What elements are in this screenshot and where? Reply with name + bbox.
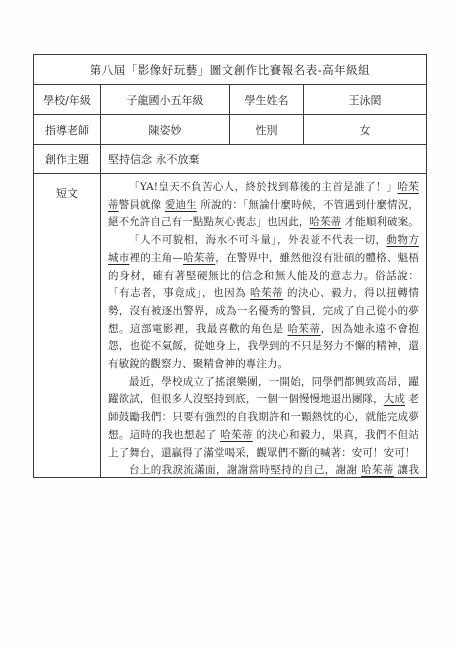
essay-paragraph: 台上的我淚流滿面，謝謝當時堅持的自己，謝謝 哈茱蒂 讓我瞭解了什麼…… xyxy=(108,462,419,477)
essay-text-segment: 最近，學校成立了搖滾樂團，一開始，同學們都興致高昂，躍躍欲試，但很多人沒堅持到底… xyxy=(108,376,419,406)
essay-paragraph: 最近，學校成立了搖滾樂團，一開始，同學們都興致高昂，躍躍欲試，但很多人沒堅持到底… xyxy=(108,374,419,463)
gender-value: 女 xyxy=(303,115,426,144)
title-row: 第八屆「影像好玩藝」圖文創作比賽報名表-高年級組 xyxy=(34,55,426,84)
registration-form-table: 第八屆「影像好玩藝」圖文創作比賽報名表-高年級組 學校/年級 子龍國小五年級 學… xyxy=(33,54,427,478)
underlined-proper-noun: 哈茱蒂 xyxy=(361,464,394,476)
school-grade-label: 學校/年級 xyxy=(34,85,100,114)
school-grade-value: 子龍國小五年級 xyxy=(100,85,229,114)
essay-text-segment: 裡的主角— xyxy=(129,252,183,264)
underlined-proper-noun: 哈茱蒂 xyxy=(220,429,253,441)
essay-label: 短文 xyxy=(34,174,100,477)
creation-theme-row: 創作主題 堅持信念 永不放棄 xyxy=(34,144,426,173)
essay-paragraph: 「人不可貌相，海水不可斗量」，外表並不代表一切，動物方城市裡的主角—哈茱蒂，在警… xyxy=(108,232,419,374)
underlined-proper-noun: 愛迪生 xyxy=(165,199,197,211)
student-name-label: 學生姓名 xyxy=(229,85,303,114)
advisor-teacher-value: 陳姿妙 xyxy=(100,115,229,144)
scanned-registration-form-page: 第八屆「影像好玩藝」圖文創作比賽報名表-高年級組 學校/年級 子龍國小五年級 學… xyxy=(0,0,458,648)
essay-text-segment: 台上的我淚流滿面，謝謝當時堅持的自己，謝謝 xyxy=(129,464,361,476)
form-title: 第八屆「影像好玩藝」圖文創作比賽報名表-高年級組 xyxy=(34,55,426,84)
underlined-proper-noun: 哈茱蒂 xyxy=(309,216,341,228)
creation-theme-value: 堅持信念 永不放棄 xyxy=(100,145,426,173)
essay-text-segment: 才能順利破案。 xyxy=(341,216,419,228)
advisor-teacher-label: 指導老師 xyxy=(34,115,100,144)
essay-paragraph: 「YA!皇天不負苦心人，終於找到幕後的主首是誰了！」哈茱蒂警員就像 愛迪生 所說… xyxy=(108,179,419,232)
essay-paragraphs: 「YA!皇天不負苦心人，終於找到幕後的主首是誰了！」哈茱蒂警員就像 愛迪生 所說… xyxy=(100,174,426,477)
underlined-proper-noun: 哈茱蒂 xyxy=(288,323,321,335)
creation-theme-label: 創作主題 xyxy=(34,145,100,173)
essay-text-segment: 「人不可貌相，海水不可斗量」，外表並不代表一切， xyxy=(129,234,387,246)
student-name-value: 王泳閎 xyxy=(303,85,426,114)
gender-label: 性別 xyxy=(229,115,303,144)
underlined-proper-noun: 哈茱蒂 xyxy=(183,252,215,264)
teacher-gender-row: 指導老師 陳姿妙 性別 女 xyxy=(34,114,426,144)
essay-text-segment: 「YA!皇天不負苦心人，終於找到幕後的主首是誰了！」 xyxy=(129,181,398,193)
school-student-row: 學校/年級 子龍國小五年級 學生姓名 王泳閎 xyxy=(34,84,426,114)
underlined-proper-noun: 哈茱蒂 xyxy=(250,287,283,299)
essay-row: 短文 「YA!皇天不負苦心人，終於找到幕後的主首是誰了！」哈茱蒂警員就像 愛迪生… xyxy=(34,173,426,477)
essay-text-segment: 警員就像 xyxy=(119,199,165,211)
underlined-proper-noun: 大成 xyxy=(384,393,405,405)
